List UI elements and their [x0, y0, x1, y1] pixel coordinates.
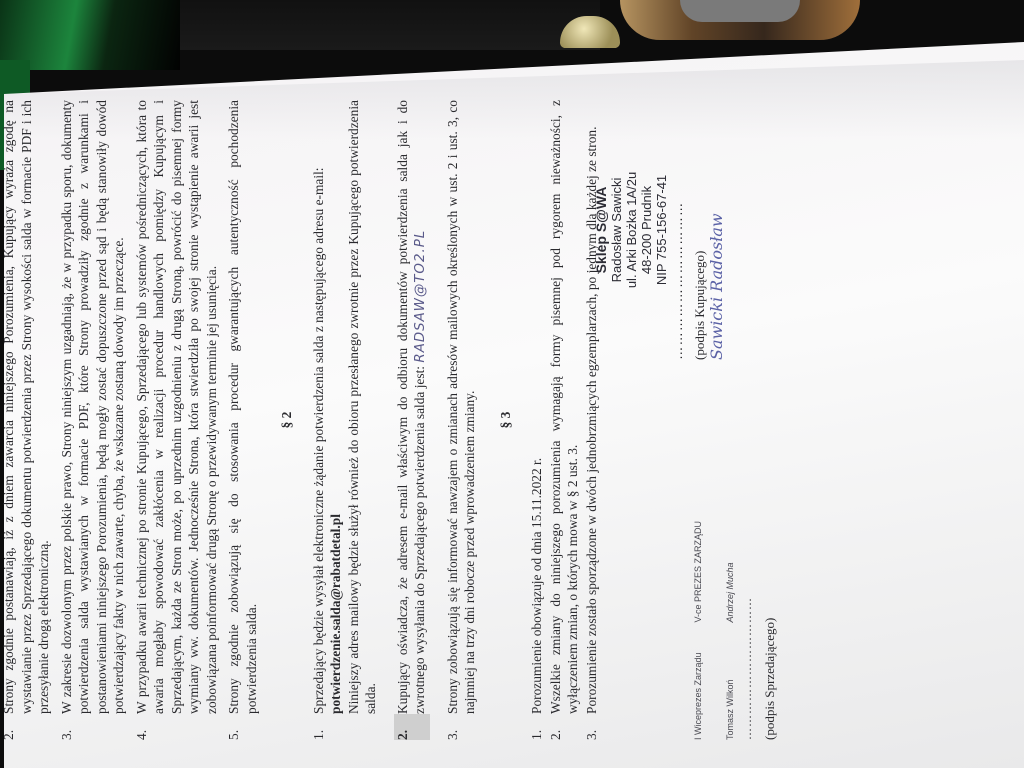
buyer-handwritten-signature: Sawicki Radosław — [708, 100, 726, 360]
section3-list: 1.Porozumienie obowiązuje od dnia 15.11.… — [528, 100, 600, 740]
stamp-street: ul. Arki Bożka 1A/2u — [624, 100, 639, 360]
item-text: Wszelkie zmiany do niniejszego porozumie… — [547, 100, 582, 714]
item-text: W przypadku awarii technicznej po stroni… — [133, 100, 221, 714]
section2-heading: § 2 — [278, 100, 296, 740]
seller-stamp-title-1: I Wiceprezes Zarządu — [690, 652, 708, 740]
seller-signature-label: (podpis Sprzedającego) — [761, 480, 779, 740]
section2-item-1: 1. Sprzedający będzie wysyłał elektronic… — [310, 100, 380, 740]
item-text: Porozumienie obowiązuje od dnia 15.11.20… — [528, 100, 546, 714]
item-text-intro: Sprzedający będzie wysyłał elektroniczne… — [311, 167, 326, 714]
item-number: 2. — [394, 714, 430, 740]
item-number: 3. — [583, 714, 601, 740]
section1-item: 5.Strony zgodnie zobowiązują się do stos… — [225, 100, 260, 740]
item-text: W zakresie dozwolonym przez polskie praw… — [58, 100, 128, 714]
stamp-nip: NIP 755-156-67-41 — [654, 100, 669, 360]
buyer-signature-line: …………………………… — [669, 100, 687, 360]
seller-signature-line: …………………………… — [739, 480, 757, 740]
item-text: Kupujący oświadcza, że adresem e-mail wł… — [394, 100, 430, 714]
signature-area: I Wiceprezes Zarządu Tomasz Wilkoń V-ce … — [690, 100, 810, 740]
item-number: 1. — [528, 714, 546, 740]
item-number: 5. — [225, 714, 260, 740]
item-number: 2. — [0, 714, 53, 740]
item-text: Strony zgodnie zobowiązują się do stosow… — [225, 100, 260, 714]
section3-item: 1.Porozumienie obowiązuje od dnia 15.11.… — [528, 100, 546, 740]
seller-stamp-name-1: Tomasz Wilkoń — [722, 652, 740, 740]
document-page: 2.Strony zgodnie postanawiają, iż z dnie… — [0, 70, 780, 768]
buyer-signature-label: (podpis Kupującego) — [691, 100, 709, 360]
item-text-after: Niniejszy adres mailowy będzie służył ró… — [346, 100, 379, 714]
section2-item-3: 3. Strony zobowiązują się informować naw… — [444, 100, 479, 740]
section1-list: 2.Strony zgodnie postanawiają, iż z dnie… — [0, 100, 260, 740]
section3-heading: § 3 — [497, 100, 515, 740]
item-number: 1. — [310, 714, 380, 740]
item-number: 4. — [133, 714, 221, 740]
background-person-detail — [680, 0, 800, 22]
background-dark-area — [180, 0, 600, 50]
seller-signature-block: I Wiceprezes Zarządu Tomasz Wilkoń V-ce … — [690, 480, 778, 740]
stamp-owner-name: Radosław Sawicki — [609, 100, 624, 360]
item-number: 3. — [444, 714, 479, 740]
section1-item: 3.W zakresie dozwolonym przez polskie pr… — [58, 100, 128, 740]
section1-item: 4.W przypadku awarii technicznej po stro… — [133, 100, 221, 740]
item-text: Sprzedający będzie wysyłał elektroniczne… — [310, 100, 380, 714]
item-text: Strony zgodnie postanawiają, iż z dniem … — [0, 100, 53, 714]
seller-stamp-title-2: V-ce PREZES ZARZĄDU — [690, 521, 708, 623]
item-text-intro: Kupujący oświadcza, że adresem e-mail wł… — [395, 100, 428, 714]
seller-stamp-name-2: Andrzej Mucha — [722, 521, 740, 623]
seller-email: potwierdzenie.salda@rabatdetal.pl — [328, 514, 343, 714]
section1-item: 2.Strony zgodnie postanawiają, iż z dnie… — [0, 100, 53, 740]
item-text: Strony zobowiązują się informować nawzaj… — [444, 100, 479, 714]
item-number: 3. — [58, 714, 128, 740]
buyer-email-handwritten: RADSAW@TO2.PL — [413, 230, 428, 363]
section2-item-2: 2. Kupujący oświadcza, że adresem e-mail… — [394, 100, 430, 740]
stamp-city: 48-200 Prudnik — [639, 100, 654, 360]
section3-item: 2.Wszelkie zmiany do niniejszego porozum… — [547, 100, 582, 740]
buyer-signature-block: Sklep S@WA Radosław Sawicki ul. Arki Boż… — [594, 100, 726, 360]
item-number: 2. — [547, 714, 582, 740]
stamp-company-name: Sklep S@WA — [594, 100, 609, 360]
buyer-company-stamp: Sklep S@WA Radosław Sawicki ul. Arki Boż… — [594, 100, 669, 360]
